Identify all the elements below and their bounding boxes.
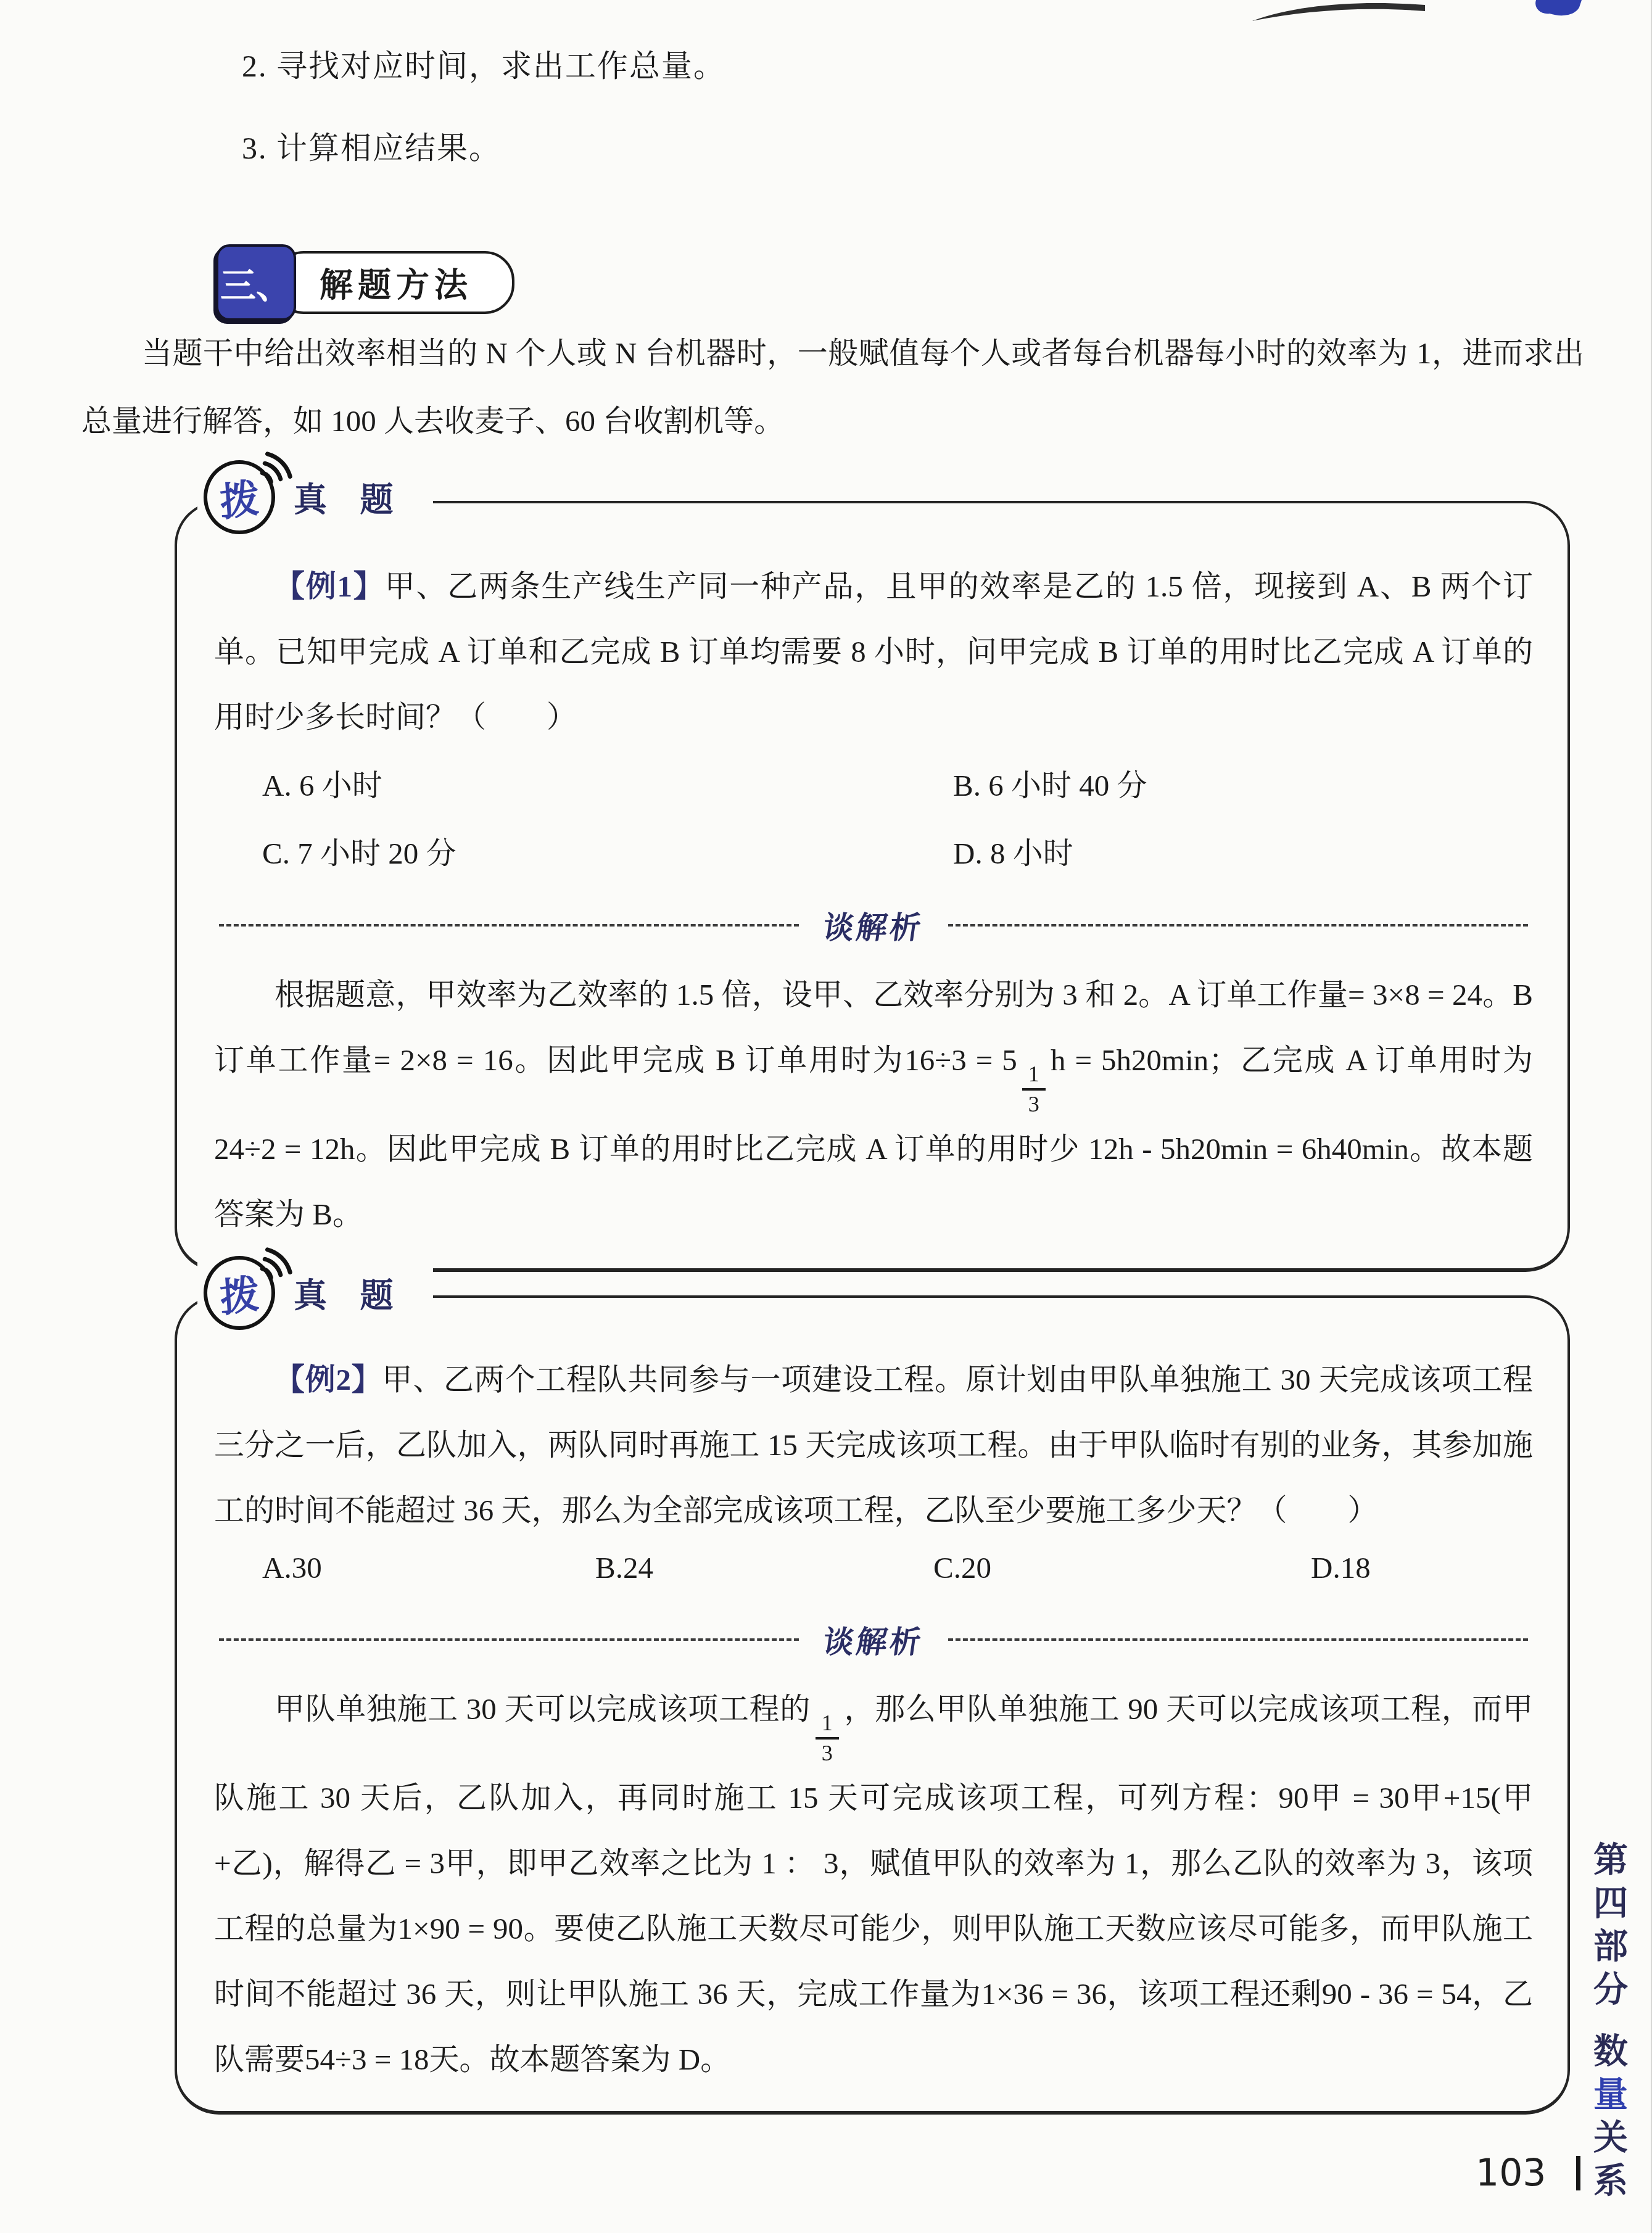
fraction-numerator: 1 [816, 1711, 839, 1740]
example2-question-text: 甲、乙两个工程队共同参与一项建设工程。原计划由甲队单独施工 30 天完成该项工程… [214, 1363, 1533, 1527]
example1-question-text: 甲、乙两条生产线生产同一种产品，且甲的效率是乙的 1.5 倍，现接到 A、B 两… [214, 569, 1533, 734]
example1-option-a: A. 6 小时 [262, 766, 953, 806]
example2-option-d: D.18 [1311, 1548, 1533, 1588]
sidebar-part-label: 第四部分 [1583, 1841, 1632, 2014]
example1-option-d: D. 8 小时 [953, 834, 1533, 873]
zhenti-logo-circle: 拨 [204, 1256, 275, 1330]
zhenti-label: 真 题 [294, 1269, 406, 1317]
sidebar-subject-pre: 数 [1588, 2033, 1627, 2076]
analysis-text: ，那么甲队单独施工 90 天可以完成该项工程，而甲队施工 30 天后，乙队加入，… [214, 1692, 1533, 2076]
example2-box: 【例2】甲、乙两个工程队共同参与一项建设工程。原计划由甲队单独施工 30 天完成… [175, 1295, 1570, 2115]
example1-option-c: C. 7 小时 20 分 [262, 834, 953, 873]
dashed-line [219, 924, 799, 927]
example1-analysis: 根据题意，甲效率为乙效率的 1.5 倍，设甲、乙效率分别为 3 和 2。A 订单… [214, 962, 1533, 1247]
intro-paragraph: 当题干中给出效率相当的 N 个人或 N 台机器时，一般赋值每个人或者每台机器每小… [81, 320, 1584, 455]
intro-list: 2. 寻找对应时间，求出工作总量。 3. 计算相应结果。 [242, 47, 725, 210]
example2-option-a: A.30 [262, 1548, 595, 1588]
fraction: 13 [816, 1711, 839, 1765]
sidebar-subject-highlight: 量 [1588, 2076, 1627, 2119]
example1-option-b: B. 6 小时 40 分 [953, 766, 1533, 806]
analysis-label: 谈解析 [820, 1617, 927, 1662]
zhenti-logo-circle: 拨 [204, 460, 275, 534]
sidebar-subject-post: 关系 [1588, 2119, 1627, 2205]
page-number-bar [1576, 2156, 1580, 2190]
zhenti-label: 真 题 [294, 474, 406, 521]
sidebar-subject-label: 数量关系 [1583, 2033, 1632, 2205]
dashed-line [948, 1638, 1528, 1641]
section-title: 解题方法 [274, 251, 514, 314]
page-number: 103 [1476, 2152, 1580, 2195]
fraction: 13 [1022, 1062, 1046, 1116]
zhenti-badge-1: 拨 真 题 [197, 456, 433, 542]
example2-analysis: 甲队单独施工 30 天可以完成该项工程的13，那么甲队单独施工 90 天可以完成… [214, 1677, 1533, 2092]
section-header: 三、 解题方法 [216, 244, 514, 321]
fraction-numerator: 1 [1022, 1062, 1046, 1091]
dashed-line [948, 924, 1528, 927]
example1-question-paragraph: 【例1】甲、乙两条生产线生产同一种产品，且甲的效率是乙的 1.5 倍，现接到 A… [214, 554, 1533, 750]
example2-option-c: C.20 [933, 1548, 1311, 1588]
signal-waves-icon [253, 1237, 297, 1286]
textbook-page: 2. 寻找对应时间，求出工作总量。 3. 计算相应结果。 三、 解题方法 当题干… [0, 0, 1652, 2233]
section-index-badge: 三、 [216, 244, 296, 321]
example1-options: A. 6 小时 B. 6 小时 40 分 C. 7 小时 20 分 D. 8 小… [262, 766, 1533, 873]
signal-waves-icon [253, 442, 297, 490]
fraction-denominator: 3 [1028, 1091, 1039, 1117]
analysis-divider: 谈解析 [219, 903, 1528, 947]
fraction-denominator: 3 [822, 1740, 833, 1766]
example2-option-b: B.24 [595, 1548, 933, 1588]
list-item-3: 3. 计算相应结果。 [242, 129, 725, 168]
dashed-line [219, 1638, 799, 1641]
list-item-2: 2. 寻找对应时间，求出工作总量。 [242, 47, 725, 86]
analysis-label: 谈解析 [820, 903, 927, 947]
analysis-divider: 谈解析 [219, 1617, 1528, 1662]
swoosh-decoration [1252, 0, 1425, 25]
example1-label: 【例1】 [275, 569, 385, 603]
blue-blob-decoration [1534, 0, 1583, 19]
example2-question-paragraph: 【例2】甲、乙两个工程队共同参与一项建设工程。原计划由甲队单独施工 30 天完成… [214, 1347, 1533, 1543]
example1-box: 【例1】甲、乙两条生产线生产同一种产品，且甲的效率是乙的 1.5 倍，现接到 A… [175, 501, 1570, 1272]
analysis-text: 甲队单独施工 30 天可以完成该项工程的 [275, 1692, 811, 1726]
zhenti-badge-2: 拨 真 题 [197, 1252, 433, 1337]
example2-options: A.30 B.24 C.20 D.18 [262, 1548, 1533, 1588]
page-number-value: 103 [1476, 2152, 1547, 2195]
example2-label: 【例2】 [275, 1363, 382, 1397]
